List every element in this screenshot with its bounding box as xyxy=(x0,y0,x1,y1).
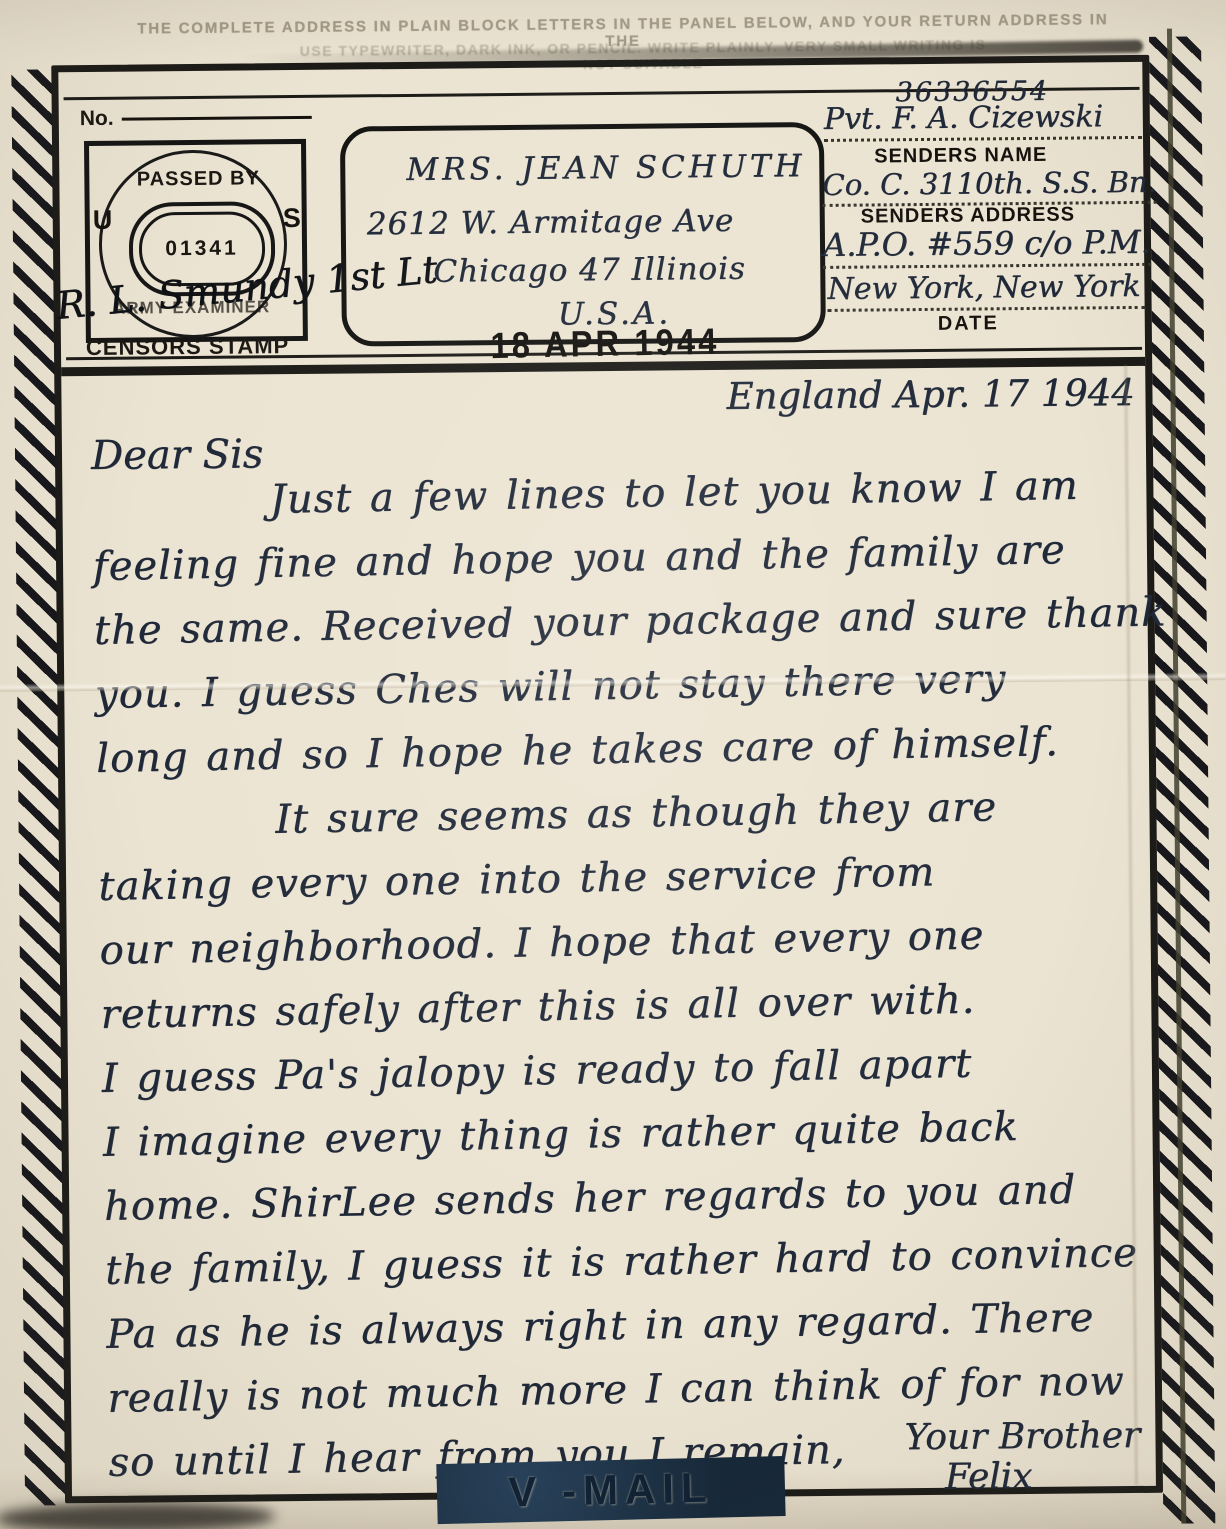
postmark-date-stamp: 18 APR 1944 xyxy=(490,321,720,368)
letter-closing: Your Brother xyxy=(904,1415,1140,1458)
vmail-stamp-text: V -MAIL xyxy=(508,1464,714,1517)
letter-dateline: England Apr. 17 1944 xyxy=(726,371,1135,418)
sender-name: Pvt. F. A. Cizewski xyxy=(824,99,1142,142)
form-number-blank-line xyxy=(122,116,312,121)
recipient-city: Chicago 47 Illinois xyxy=(433,251,746,290)
letter-body: Just a few lines to let you know I amfee… xyxy=(91,452,1179,1495)
sender-apo-address: A.P.O. #559 c/o P.M. xyxy=(823,223,1151,269)
senders-name-label: SENDERS NAME xyxy=(874,144,1047,169)
censor-letter-u: U xyxy=(93,205,113,236)
date-label: DATE xyxy=(938,312,999,336)
scanned-letter: THE COMPLETE ADDRESS IN PLAIN BLOCK LETT… xyxy=(0,0,1226,1529)
letter-signature: Felix xyxy=(945,1456,1033,1498)
recipient-street: 2612 W. Armitage Ave xyxy=(367,203,735,243)
recipient-name: MRS. JEAN SCHUTH xyxy=(406,148,806,188)
censor-number: 01341 xyxy=(165,237,239,262)
form-number-field: No. xyxy=(80,105,312,131)
form-number-label: No. xyxy=(80,107,114,130)
censors-stamp-caption: CENSORS STAMP xyxy=(86,333,290,361)
sender-place: New York, New York xyxy=(827,269,1145,312)
censor-passed-by-text: PASSED BY xyxy=(116,167,280,192)
vmail-scan-page: { "top_instructions": { "line1": "THE CO… xyxy=(0,0,1226,1529)
vmail-stamp: V -MAIL xyxy=(436,1456,785,1524)
censor-letter-s: S xyxy=(283,203,301,234)
sender-unit: Co. C. 3110th. S.S. Bn. xyxy=(822,165,1157,207)
